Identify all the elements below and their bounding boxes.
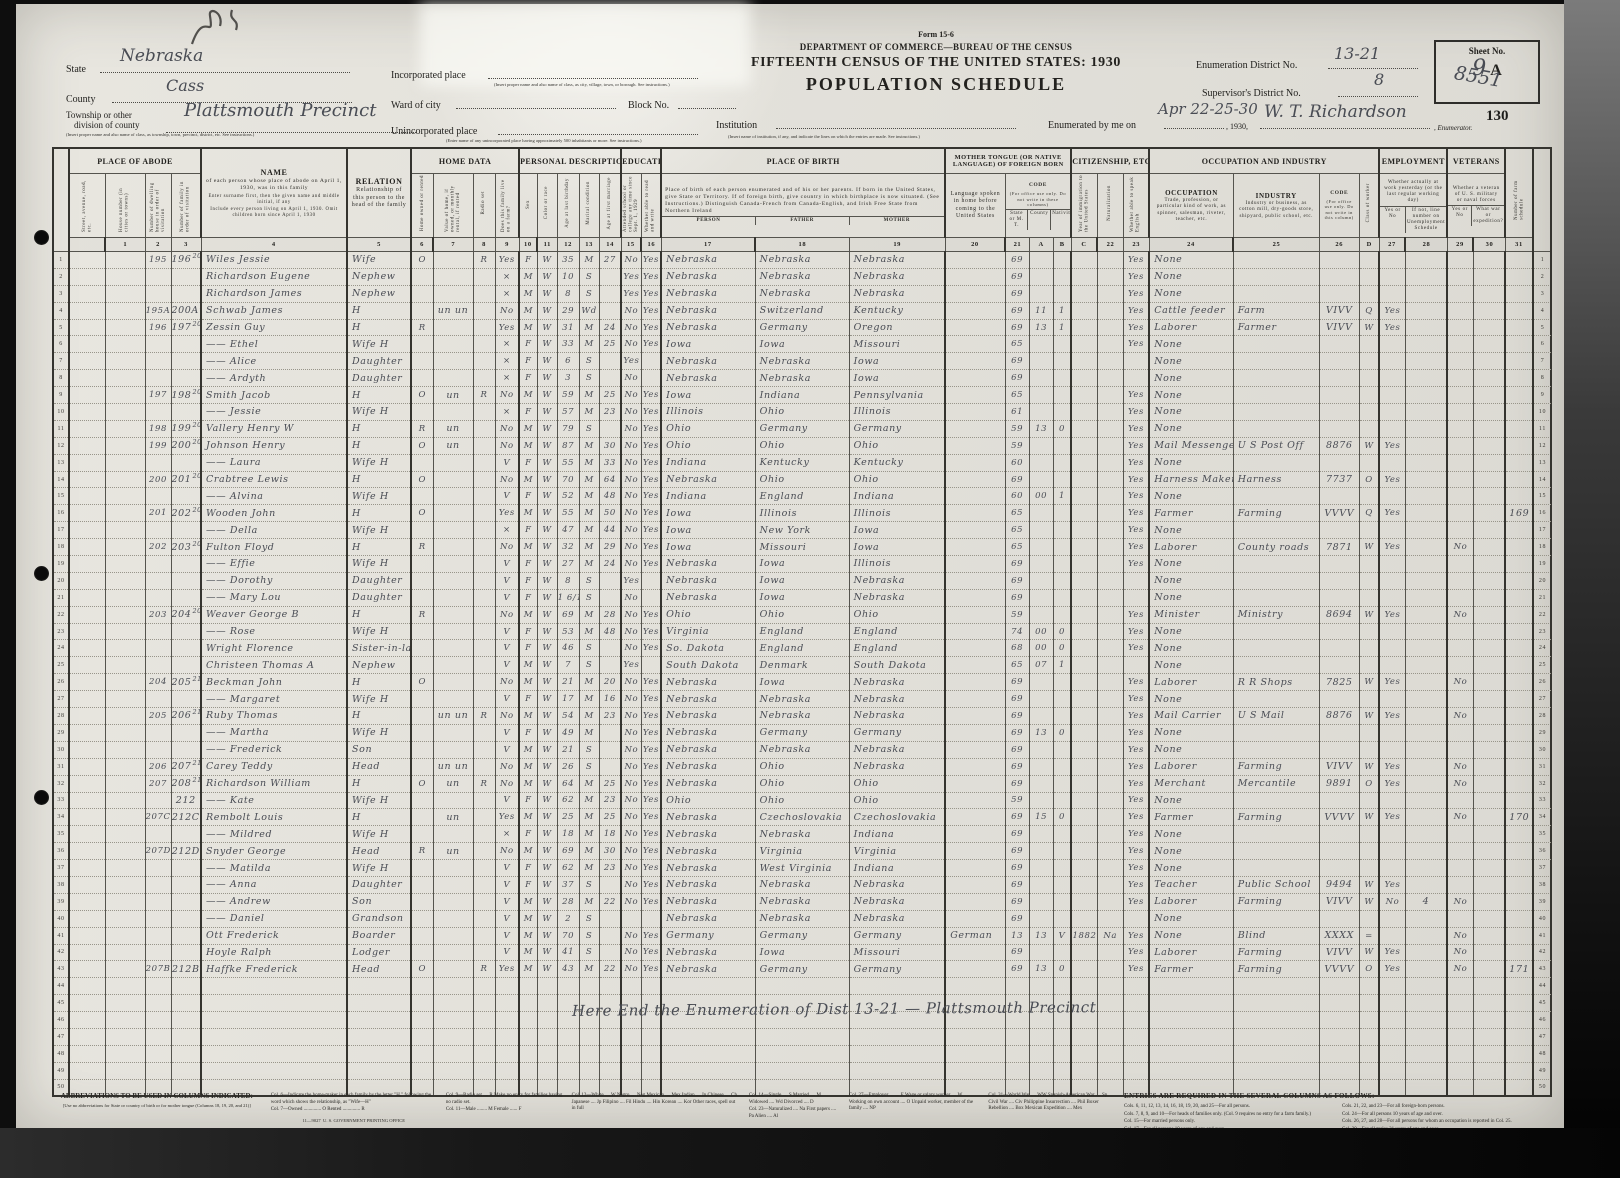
c-sex: F — [519, 572, 537, 589]
c-occ: Teacher — [1149, 876, 1233, 893]
c-cA: 69 — [1005, 370, 1029, 387]
c-street — [69, 708, 105, 725]
col-farm-schedule: Number of farm schedule — [1505, 148, 1533, 238]
c-race: W — [537, 724, 557, 741]
c-fam: 199204 — [171, 420, 201, 437]
c-wk — [1379, 556, 1405, 573]
c-farm: × — [495, 336, 519, 353]
c-name: Wiles Jessie — [201, 252, 347, 269]
c-bm: Oregon — [849, 319, 945, 336]
c-val — [433, 353, 473, 370]
c-val: un — [433, 437, 473, 454]
c-vet — [1447, 741, 1473, 758]
c-fs — [1505, 1062, 1533, 1079]
c-rw: Yes — [641, 809, 661, 826]
c-lang — [945, 606, 1005, 623]
c-fam — [171, 910, 201, 927]
c-vet — [1447, 657, 1473, 674]
c-name: Vallery Henry W — [201, 420, 347, 437]
c-cls — [1359, 657, 1379, 674]
c-name: —— Frederick — [201, 741, 347, 758]
c-imm — [1071, 860, 1097, 877]
c-imm — [1071, 522, 1097, 539]
c-race: W — [537, 572, 557, 589]
c-vet — [1447, 1045, 1473, 1062]
line-number: 9 — [1533, 387, 1551, 404]
census-row: 9197198203Smith JacobHOunRNoMW59M25NoYes… — [53, 387, 1551, 404]
line-number: 4 — [53, 302, 69, 319]
c-dw: 200 — [145, 471, 171, 488]
census-row: 21—— Mary LouDaughterVFW1 6/12SNoNebrask… — [53, 589, 1551, 606]
c-bp: Nebraska — [661, 826, 755, 843]
c-fs — [1505, 893, 1533, 910]
c-cA: 69 — [1005, 319, 1029, 336]
c-sch: Yes — [621, 285, 641, 302]
c-bm: Nebraska — [849, 876, 945, 893]
c-age: 55 — [557, 454, 579, 471]
c-eng: Yes — [1123, 893, 1149, 910]
c-ind — [1233, 657, 1319, 674]
c-sex: M — [519, 775, 537, 792]
c-vet — [1447, 319, 1473, 336]
c-radio — [473, 724, 495, 741]
c-lang — [945, 809, 1005, 826]
abbreviations-footer: ABBREVIATIONS TO BE USED IN COLUMNS INDI… — [52, 1092, 1552, 1133]
c-house — [105, 775, 145, 792]
c-ul — [1405, 285, 1447, 302]
c-rw: Yes — [641, 285, 661, 302]
c-bf: Nebraska — [755, 353, 849, 370]
c-cC: 1 — [1053, 488, 1071, 505]
c-occ: None — [1149, 336, 1233, 353]
c-fam: 207212 — [171, 758, 201, 775]
c-age: 43 — [557, 961, 579, 978]
c-lang — [945, 724, 1005, 741]
c-cls — [1359, 1045, 1379, 1062]
c-sch — [621, 978, 641, 995]
c-own — [411, 944, 433, 961]
c-race: W — [537, 505, 557, 522]
c-rel: Wife H — [347, 454, 411, 471]
c-rel: Boarder — [347, 927, 411, 944]
c-mar: M — [579, 319, 599, 336]
c-war — [1473, 589, 1505, 606]
c-lang — [945, 572, 1005, 589]
c-cB — [1029, 606, 1053, 623]
c-house — [105, 285, 145, 302]
c-street — [69, 691, 105, 708]
incorporated-note: (Insert proper name and also name of cla… — [494, 82, 670, 87]
c-bf: Nebraska — [755, 691, 849, 708]
c-val — [433, 995, 473, 1012]
c-code: 8876 — [1319, 437, 1359, 454]
c-val — [433, 370, 473, 387]
c-nat — [1097, 454, 1123, 471]
c-sch: No — [621, 674, 641, 691]
c-vet — [1447, 910, 1473, 927]
c-rel — [347, 1028, 411, 1045]
c-ind: County roads — [1233, 539, 1319, 556]
c-wk: Yes — [1379, 505, 1405, 522]
c-eng — [1123, 1045, 1149, 1062]
c-fs — [1505, 353, 1533, 370]
c-war — [1473, 724, 1505, 741]
c-own — [411, 995, 433, 1012]
line-number: 35 — [1533, 826, 1551, 843]
c-rw: Yes — [641, 623, 661, 640]
c-cA: 69 — [1005, 910, 1029, 927]
c-rel — [347, 1062, 411, 1079]
c-occ: Laborer — [1149, 893, 1233, 910]
c-wk — [1379, 640, 1405, 657]
c-bp: Iowa — [661, 539, 755, 556]
c-ind — [1233, 1045, 1319, 1062]
c-imm — [1071, 353, 1097, 370]
c-bp: Ohio — [661, 420, 755, 437]
c-race: W — [537, 657, 557, 674]
c-ind: Harness — [1233, 471, 1319, 488]
c-occ: Merchant — [1149, 775, 1233, 792]
c-imm — [1071, 471, 1097, 488]
c-rel: H — [347, 606, 411, 623]
c-fs — [1505, 910, 1533, 927]
c-ul — [1405, 1028, 1447, 1045]
c-fs — [1505, 370, 1533, 387]
c-rel: Daughter — [347, 876, 411, 893]
c-nat — [1097, 674, 1123, 691]
c-war — [1473, 1062, 1505, 1079]
c-farm: No — [495, 302, 519, 319]
c-war — [1473, 657, 1505, 674]
township-label: Township or other division of county — [66, 110, 140, 131]
c-cA: 69 — [1005, 708, 1029, 725]
c-sex: M — [519, 268, 537, 285]
block-label: Block No. — [628, 100, 669, 111]
line-number: 44 — [53, 978, 69, 995]
c-cC — [1053, 268, 1071, 285]
c-mar: M — [579, 724, 599, 741]
c-imm — [1071, 1028, 1097, 1045]
c-bp: South Dakota — [661, 657, 755, 674]
c-radio — [473, 944, 495, 961]
census-row: 4848 — [53, 1045, 1551, 1062]
c-race: W — [537, 775, 557, 792]
scan-edge-right — [1564, 0, 1620, 1178]
c-farm — [495, 1045, 519, 1062]
c-radio — [473, 589, 495, 606]
c-lang — [945, 978, 1005, 995]
c-rel: H — [347, 708, 411, 725]
c-radio — [473, 420, 495, 437]
col-number-18: 18 — [755, 238, 849, 252]
c-ul — [1405, 353, 1447, 370]
c-fs — [1505, 843, 1533, 860]
census-row: 24Wright FlorenceSister-in-lawVFW46SNoYe… — [53, 640, 1551, 657]
c-name: —— Martha — [201, 724, 347, 741]
c-nat — [1097, 640, 1123, 657]
c-code: VIVV — [1319, 893, 1359, 910]
c-fam — [171, 657, 201, 674]
c-sex: F — [519, 404, 537, 421]
c-code — [1319, 370, 1359, 387]
abbrev-col9-11: Col. 9—Radio set .... R Make no entry fo… — [446, 1092, 563, 1114]
c-cB — [1029, 370, 1053, 387]
line-number: 28 — [53, 708, 69, 725]
c-lang — [945, 758, 1005, 775]
c-ul — [1405, 437, 1447, 454]
c-dw — [145, 572, 171, 589]
c-cls: W — [1359, 708, 1379, 725]
line-number: 14 — [53, 471, 69, 488]
c-race: W — [537, 336, 557, 353]
c-age: 79 — [557, 420, 579, 437]
c-lang — [945, 876, 1005, 893]
c-ind — [1233, 589, 1319, 606]
c-ul — [1405, 674, 1447, 691]
col-desc-eng: Whether able to speak English — [1123, 174, 1149, 238]
c-sex — [519, 995, 537, 1012]
c-vet — [1447, 302, 1473, 319]
c-age: 49 — [557, 724, 579, 741]
c-nat — [1097, 302, 1123, 319]
c-race: W — [537, 437, 557, 454]
c-code — [1319, 404, 1359, 421]
c-house — [105, 505, 145, 522]
c-ul — [1405, 995, 1447, 1012]
c-radio: R — [473, 387, 495, 404]
c-agem: 16 — [599, 691, 621, 708]
c-ind: Farming — [1233, 809, 1319, 826]
c-nat — [1097, 1028, 1123, 1045]
c-house — [105, 1012, 145, 1029]
c-nat — [1097, 876, 1123, 893]
c-dw — [145, 353, 171, 370]
c-fs — [1505, 860, 1533, 877]
c-cC — [1053, 1062, 1071, 1079]
c-sch: No — [621, 792, 641, 809]
c-cA: 69 — [1005, 944, 1029, 961]
c-mar: S — [579, 353, 599, 370]
c-cB — [1029, 944, 1053, 961]
c-vet — [1447, 572, 1473, 589]
col-desc-val: Value of home, if owned, or monthly rent… — [433, 174, 473, 238]
c-code — [1319, 1028, 1359, 1045]
c-bp: Ohio — [661, 606, 755, 623]
c-street — [69, 961, 105, 978]
c-occ: None — [1149, 353, 1233, 370]
c-own — [411, 657, 433, 674]
c-val — [433, 471, 473, 488]
c-ind — [1233, 285, 1319, 302]
form-number: Form 15-6 — [656, 30, 1216, 39]
c-rw: Yes — [641, 724, 661, 741]
line-number: 16 — [53, 505, 69, 522]
c-street — [69, 387, 105, 404]
c-imm — [1071, 505, 1097, 522]
c-dw — [145, 404, 171, 421]
c-house — [105, 860, 145, 877]
line-number: 40 — [1533, 910, 1551, 927]
c-eng: Yes — [1123, 860, 1149, 877]
c-cls — [1359, 741, 1379, 758]
c-sex: F — [519, 522, 537, 539]
entries-item: Cols. 7, 8, 9, and 10—For heads of famil… — [1124, 1112, 1334, 1119]
census-row: 35—— MildredWife H×FW18M18NoYesNebraskaN… — [53, 826, 1551, 843]
c-farm: V — [495, 556, 519, 573]
c-own: R — [411, 420, 433, 437]
c-code: VVVV — [1319, 505, 1359, 522]
c-occ — [1149, 978, 1233, 995]
line-number: 20 — [1533, 572, 1551, 589]
c-bm: Nebraska — [849, 285, 945, 302]
c-eng: Yes — [1123, 674, 1149, 691]
c-fs — [1505, 488, 1533, 505]
census-row: 1195196200Wiles JessieWifeORYesFW35M27No… — [53, 252, 1551, 269]
c-race: W — [537, 961, 557, 978]
c-eng: Yes — [1123, 404, 1149, 421]
c-sch — [621, 1045, 641, 1062]
c-farm: × — [495, 353, 519, 370]
c-radio — [473, 657, 495, 674]
c-lang — [945, 370, 1005, 387]
c-farm: V — [495, 724, 519, 741]
c-agem: 23 — [599, 792, 621, 809]
c-dw: 196 — [145, 319, 171, 336]
c-occ: Harness Maker — [1149, 471, 1233, 488]
line-number: 3 — [1533, 285, 1551, 302]
c-ul — [1405, 1012, 1447, 1029]
c-war — [1473, 775, 1505, 792]
c-rel: Head — [347, 758, 411, 775]
c-occ: None — [1149, 556, 1233, 573]
c-code: 7871 — [1319, 539, 1359, 556]
c-own — [411, 268, 433, 285]
c-cC — [1053, 826, 1071, 843]
line-number: 7 — [1533, 353, 1551, 370]
c-ul — [1405, 978, 1447, 995]
c-nat — [1097, 437, 1123, 454]
c-occ: None — [1149, 910, 1233, 927]
c-own — [411, 353, 433, 370]
c-val — [433, 657, 473, 674]
c-cA — [1005, 1045, 1029, 1062]
c-cB — [1029, 978, 1053, 995]
c-imm — [1071, 319, 1097, 336]
c-cls — [1359, 978, 1379, 995]
c-name: Johnson Henry — [201, 437, 347, 454]
c-own: R — [411, 319, 433, 336]
c-rel — [347, 978, 411, 995]
c-house — [105, 437, 145, 454]
c-rw: Yes — [641, 539, 661, 556]
c-fam — [171, 927, 201, 944]
c-farm: V — [495, 623, 519, 640]
col-desc-imm: Year of immigration to the United States — [1071, 174, 1097, 238]
c-cls: W — [1359, 758, 1379, 775]
c-ind: Farmer — [1233, 319, 1319, 336]
c-imm — [1071, 454, 1097, 471]
c-house — [105, 387, 145, 404]
c-own — [411, 1012, 433, 1029]
c-house — [105, 741, 145, 758]
c-farm: V — [495, 454, 519, 471]
c-code: 8876 — [1319, 708, 1359, 725]
c-farm: V — [495, 876, 519, 893]
c-mar — [579, 1028, 599, 1045]
c-wk: Yes — [1379, 961, 1405, 978]
census-row: 5196197202Zessin GuyHRYesMW31M24NoYesNeb… — [53, 319, 1551, 336]
c-sex: M — [519, 910, 537, 927]
c-cB — [1029, 268, 1053, 285]
c-cA: 69 — [1005, 285, 1029, 302]
c-bp: Nebraska — [661, 268, 755, 285]
c-fs — [1505, 302, 1533, 319]
c-name: Snyder George — [201, 843, 347, 860]
census-row: 22203204209Weaver George BHRNoMW69M28NoY… — [53, 606, 1551, 623]
c-val — [433, 454, 473, 471]
c-own — [411, 640, 433, 657]
c-bm: Nebraska — [849, 252, 945, 269]
c-street — [69, 944, 105, 961]
c-lang — [945, 826, 1005, 843]
c-eng — [1123, 353, 1149, 370]
c-ind — [1233, 826, 1319, 843]
census-row: 40—— DanielGrandsonVMW2SNebraskaNebraska… — [53, 910, 1551, 927]
c-sex: F — [519, 691, 537, 708]
c-nat — [1097, 420, 1123, 437]
group-personal: PERSONAL DESCRIPTION — [519, 148, 621, 174]
col-language: Language spoken in home before coming to… — [945, 174, 1005, 238]
c-name: Zessin Guy — [201, 319, 347, 336]
c-cC: 0 — [1053, 961, 1071, 978]
c-bm: Nebraska — [849, 758, 945, 775]
c-val — [433, 674, 473, 691]
c-race: W — [537, 910, 557, 927]
c-agem — [599, 741, 621, 758]
c-sex: M — [519, 944, 537, 961]
c-vet — [1447, 556, 1473, 573]
c-mar: M — [579, 404, 599, 421]
c-cls: W — [1359, 876, 1379, 893]
c-imm — [1071, 758, 1097, 775]
line-number: 49 — [53, 1062, 69, 1079]
c-cls — [1359, 387, 1379, 404]
c-mar: M — [579, 522, 599, 539]
c-wk — [1379, 1045, 1405, 1062]
c-name: —— Della — [201, 522, 347, 539]
c-nat — [1097, 336, 1123, 353]
c-war — [1473, 319, 1505, 336]
c-farm: V — [495, 589, 519, 606]
c-age: 57 — [557, 404, 579, 421]
c-dw — [145, 978, 171, 995]
c-wk — [1379, 589, 1405, 606]
c-imm — [1071, 775, 1097, 792]
county-label: County — [66, 94, 95, 105]
c-street — [69, 505, 105, 522]
census-row: 4949 — [53, 1062, 1551, 1079]
c-lang — [945, 623, 1005, 640]
c-rw: Yes — [641, 944, 661, 961]
line-number: 32 — [53, 775, 69, 792]
c-sch: No — [621, 826, 641, 843]
c-ind: R R Shops — [1233, 674, 1319, 691]
c-mar: M — [579, 505, 599, 522]
c-race: W — [537, 623, 557, 640]
c-name: —— Andrew — [201, 893, 347, 910]
c-race: W — [537, 640, 557, 657]
c-bp: Nebraska — [661, 319, 755, 336]
